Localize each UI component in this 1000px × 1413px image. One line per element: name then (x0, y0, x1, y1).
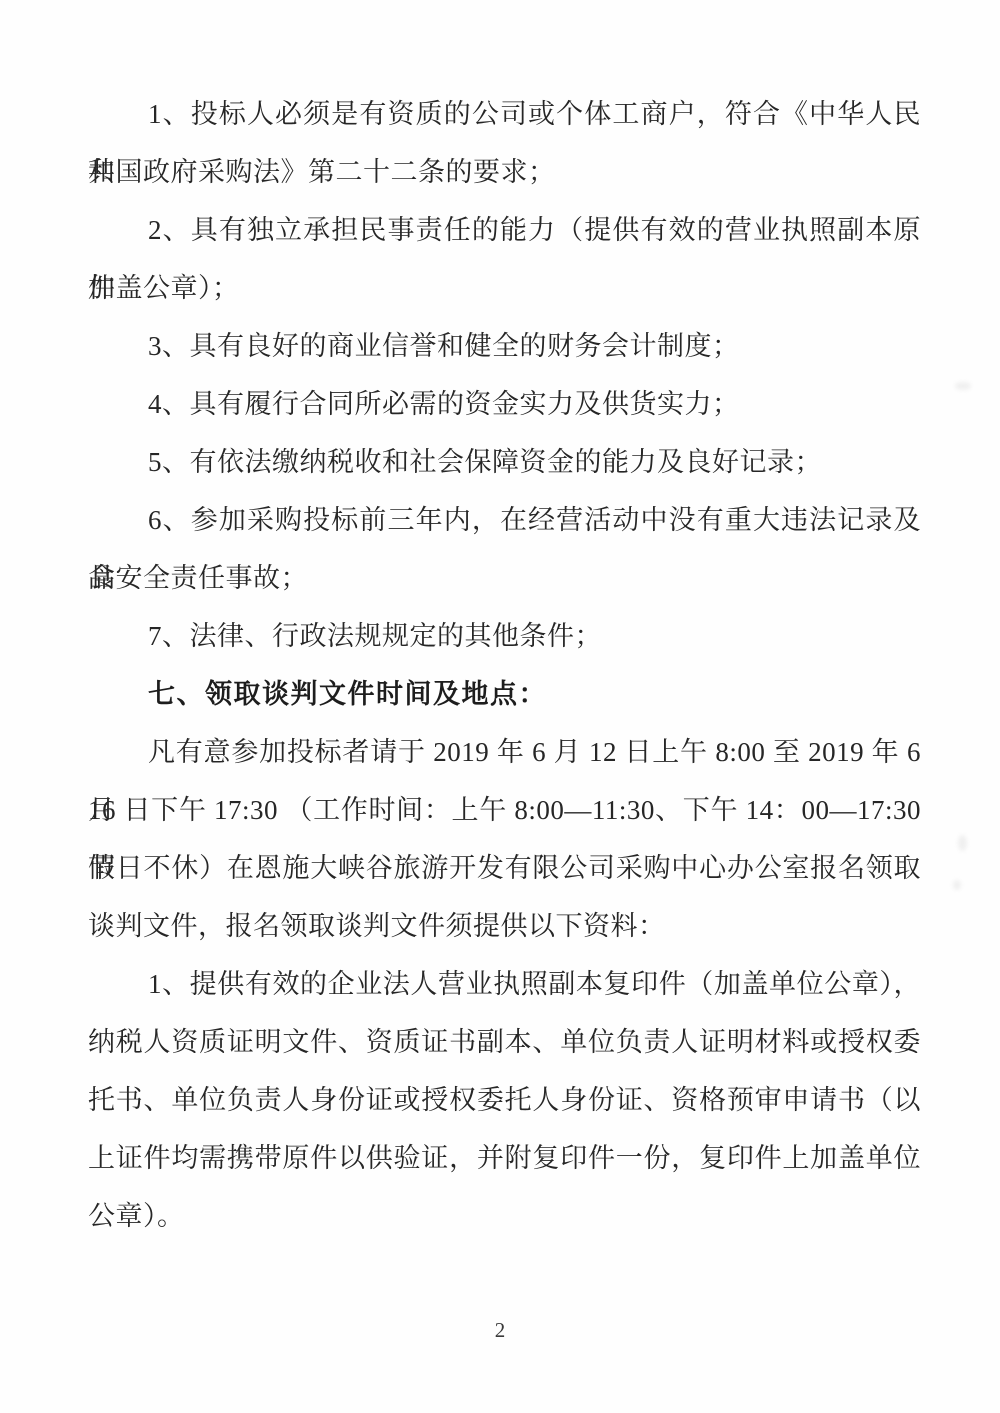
document-line: 1、投标人必须是有资质的公司或个体工商户，符合《中华人民共 (88, 85, 921, 143)
document-line: 4、具有履行合同所必需的资金实力及供货实力； (88, 375, 921, 433)
document-line: 5、有依法缴纳税收和社会保障资金的能力及良好记录； (88, 433, 921, 491)
scan-artifact (958, 835, 967, 851)
document-line: 加盖公章）； (88, 259, 921, 317)
document-line: 和国政府采购法》第二十二条的要求； (88, 143, 921, 201)
scan-artifact (955, 382, 971, 390)
document-line: 16 日下午 17:30 （工作时间：上午 8:00—11:30、下午 14：0… (88, 781, 921, 839)
document-line: 公章）。 (88, 1187, 921, 1245)
document-line: 假日不休）在恩施大峡谷旅游开发有限公司采购中心办公室报名领取 (88, 839, 921, 897)
document-line: 6、参加采购投标前三年内，在经营活动中没有重大违法记录及食 (88, 491, 921, 549)
document-line: 七、领取谈判文件时间及地点： (88, 665, 921, 723)
document-line: 1、提供有效的企业法人营业执照副本复印件（加盖单位公章）， (88, 955, 921, 1013)
document-line: 凡有意参加投标者请于 2019 年 6 月 12 日上午 8:00 至 2019… (88, 723, 921, 781)
scan-artifact (953, 880, 961, 890)
document-line: 品安全责任事故； (88, 549, 921, 607)
document-line: 2、具有独立承担民事责任的能力（提供有效的营业执照副本原件 (88, 201, 921, 259)
document-line: 7、法律、行政法规规定的其他条件； (88, 607, 921, 665)
document-body: 1、投标人必须是有资质的公司或个体工商户，符合《中华人民共和国政府采购法》第二十… (88, 85, 921, 1245)
document-line: 3、具有良好的商业信誉和健全的财务会计制度； (88, 317, 921, 375)
document-line: 纳税人资质证明文件、资质证书副本、单位负责人证明材料或授权委 (88, 1013, 921, 1071)
document-line: 上证件均需携带原件以供验证，并附复印件一份，复印件上加盖单位 (88, 1129, 921, 1187)
document-page: 1、投标人必须是有资质的公司或个体工商户，符合《中华人民共和国政府采购法》第二十… (0, 0, 1000, 1413)
document-line: 托书、单位负责人身份证或授权委托人身份证、资格预审申请书（以 (88, 1071, 921, 1129)
page-number: 2 (0, 1318, 1000, 1343)
document-line: 谈判文件，报名领取谈判文件须提供以下资料： (88, 897, 921, 955)
